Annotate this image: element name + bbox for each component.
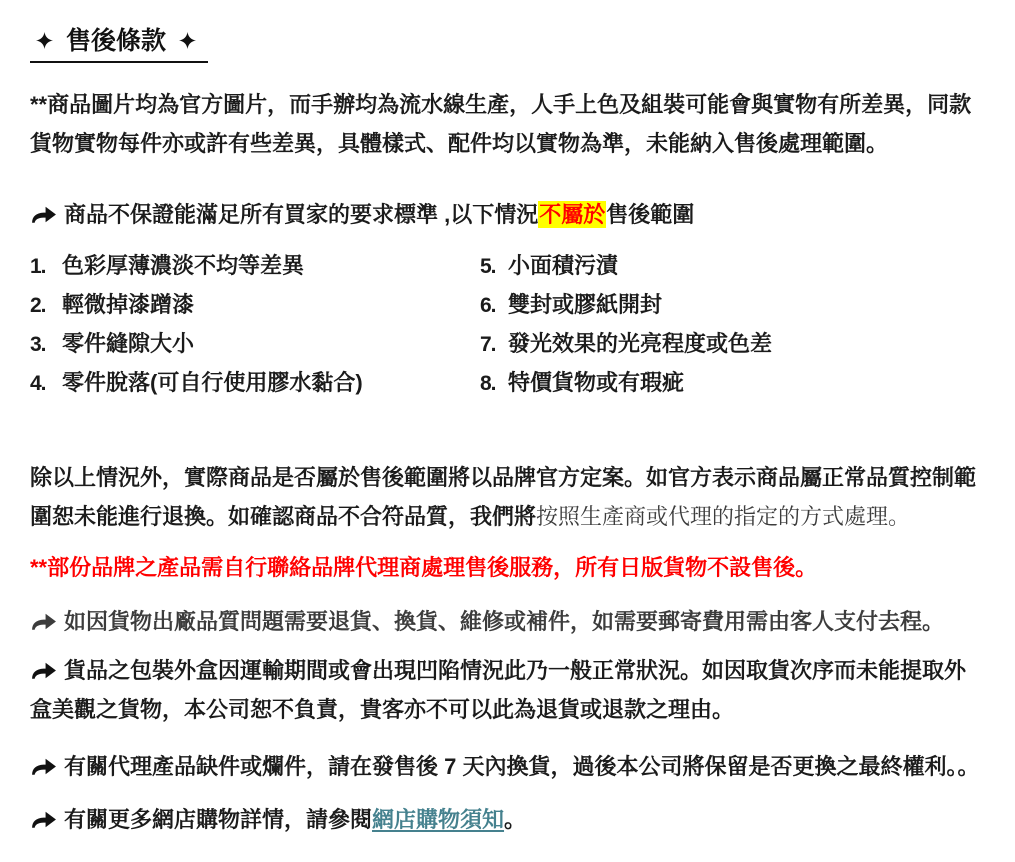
item-text: 色彩厚薄濃淡不均等差異 (62, 254, 304, 278)
item-number: 4. (30, 372, 62, 396)
four-pointed-star-icon (179, 32, 196, 49)
replacement-window-note: 有關代理產品缺件或爛件，請在發售後 7 天內換貨，過後本公司將保留是否更換之最終… (30, 747, 985, 786)
item-text: 小面積污漬 (508, 254, 618, 278)
item-number: 1. (30, 255, 62, 279)
curved-right-arrow-icon (30, 612, 57, 631)
item-text: 發光效果的光亮程度或色差 (508, 332, 772, 356)
brand-agent-red-note: **部份品牌之產品需自行聯絡品牌代理商處理售後服務，所有日版貨物不設售後。 (30, 550, 985, 586)
exclusion-list: 1.色彩厚薄濃淡不均等差異 2.輕微掉漆蹭漆 3.零件縫隙大小 4.零件脫落(可… (30, 254, 985, 410)
shipping-note-text: 如因貨物出廠品質問題需要退貨、換貨、維修或補件，如需要郵寄費用需由客人支付去程。 (64, 609, 944, 634)
item-text: 零件縫隙大小 (62, 332, 194, 356)
list-item: 2.輕微掉漆蹭漆 (30, 293, 480, 318)
more-info-pre-text: 有關更多網店購物詳情，請參閱 (64, 807, 372, 832)
packaging-note-text: 貨品之包裝外盒因運輸期間或會出現凹陷情況此乃一般正常狀況。如因取貨次序而未能提取… (30, 658, 966, 722)
page-title: 售後條款 (30, 26, 208, 63)
more-info-post-text: 。 (504, 807, 526, 832)
item-text: 雙封或膠紙開封 (508, 293, 662, 317)
list-item: 4.零件脫落(可自行使用膠水黏合) (30, 371, 480, 396)
item-number: 3. (30, 333, 62, 357)
item-text: 特價貨物或有瑕疵 (508, 371, 684, 395)
more-info-note: 有關更多網店購物詳情，請參閱網店購物須知。 (30, 800, 985, 839)
page-title-text: 售後條款 (66, 27, 166, 55)
item-text: 輕微掉漆蹭漆 (62, 293, 194, 317)
item-number: 6. (480, 294, 508, 318)
curved-right-arrow-icon (30, 810, 57, 829)
item-text: 零件脫落(可自行使用膠水黏合) (62, 371, 363, 395)
decision-regular-text: 按照生產商或代理的指定的方式處理。 (536, 504, 910, 529)
packaging-dent-note: 貨品之包裝外盒因運輸期間或會出現凹陷情況此乃一般正常狀況。如因取貨次序而未能提取… (30, 651, 985, 729)
item-number: 2. (30, 294, 62, 318)
curved-right-arrow-icon (30, 661, 57, 680)
list-item: 6.雙封或膠紙開封 (480, 293, 985, 318)
decision-paragraph: 除以上情況外，實際商品是否屬於售後範圍將以品牌官方定案。如官方表示商品屬正常品質… (30, 458, 985, 536)
replacement-note-text: 有關代理產品缺件或爛件，請在發售後 7 天內換貨，過後本公司將保留是否更換之最終… (64, 754, 979, 779)
shopping-guide-link[interactable]: 網店購物須知 (372, 807, 504, 832)
item-number: 7. (480, 333, 508, 357)
list-item: 5.小面積污漬 (480, 254, 985, 279)
list-item: 3.零件縫隙大小 (30, 332, 480, 357)
notice-pre-text: 商品不保證能滿足所有買家的要求標準 ,以下情況 (64, 202, 538, 227)
exclusion-list-right-column: 5.小面積污漬 6.雙封或膠紙開封 7.發光效果的光亮程度或色差 8.特價貨物或… (480, 254, 985, 410)
list-item: 1.色彩厚薄濃淡不均等差異 (30, 254, 480, 279)
exclusion-notice: 商品不保證能滿足所有買家的要求標準 ,以下情況不屬於售後範圍 (30, 195, 985, 234)
notice-post-text: 售後範圍 (606, 202, 694, 227)
list-item: 7.發光效果的光亮程度或色差 (480, 332, 985, 357)
after-sales-terms-document: 售後條款 **商品圖片均為官方圖片，而手辦均為流水線生產，人手上色及組裝可能會與… (30, 26, 985, 839)
highlighted-not-covered-text: 不屬於 (538, 201, 606, 228)
exclusion-list-left-column: 1.色彩厚薄濃淡不均等差異 2.輕微掉漆蹭漆 3.零件縫隙大小 4.零件脫落(可… (30, 254, 480, 410)
return-shipping-note: 如因貨物出廠品質問題需要退貨、換貨、維修或補件，如需要郵寄費用需由客人支付去程。 (30, 602, 985, 641)
item-number: 5. (480, 255, 508, 279)
curved-right-arrow-icon (30, 205, 57, 224)
intro-paragraph: **商品圖片均為官方圖片，而手辦均為流水線生產，人手上色及組裝可能會與實物有所差… (30, 85, 985, 163)
item-number: 8. (480, 372, 508, 396)
curved-right-arrow-icon (30, 757, 57, 776)
list-item: 8.特價貨物或有瑕疵 (480, 371, 985, 396)
four-pointed-star-icon (36, 32, 53, 49)
